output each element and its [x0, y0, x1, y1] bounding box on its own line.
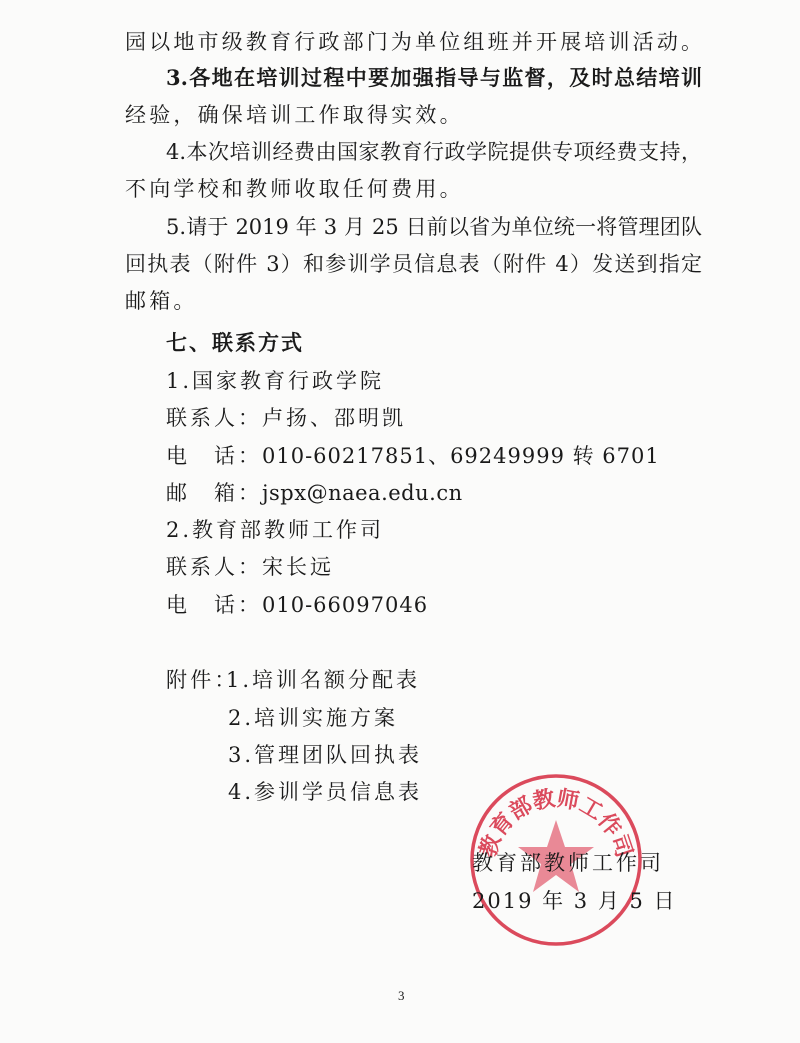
item-3-line-1: 3.各地在培训过程中要加强指导与监督，及时总结培训 — [166, 64, 702, 92]
contact-phone-label: 电 话： — [166, 593, 262, 617]
item-3-text: 3.各地在培训过程中要加强指导与监督，及时总结培训 — [166, 65, 702, 90]
attachment-item-3: 3.管理团队回执表 — [228, 741, 422, 769]
item-5-line-3: 邮箱。 — [125, 287, 198, 315]
contact-email-1: 邮 箱：jspx@naea.edu.cn — [166, 479, 463, 507]
item-4-line-1: 4.本次培训经费由国家教育行政学院提供专项经费支持， — [166, 138, 702, 166]
attachment-item-2: 2.培训实施方案 — [228, 704, 398, 732]
contact-person-1: 联系人：卢扬、邵明凯 — [166, 404, 406, 432]
contact-phone-value: 010-60217851、69249999 转 6701 — [262, 444, 660, 468]
contact-person-label: 联系人： — [166, 406, 262, 430]
contact-person-2: 联系人：宋长远 — [166, 553, 334, 581]
item-3-line-2: 经验，确保培训工作取得实效。 — [125, 101, 464, 129]
section-heading-contact: 七、联系方式 — [166, 329, 304, 357]
paragraph-continuation: 园以地市级教育行政部门为单位组班并开展培训活动。 — [125, 28, 702, 56]
contact-phone-1: 电 话：010-60217851、69249999 转 6701 — [166, 442, 660, 470]
contact-org-1: 1.国家教育行政学院 — [166, 367, 384, 395]
signature-org: 教育部教师工作司 — [472, 849, 664, 877]
contact-phone-value: 010-66097046 — [262, 593, 428, 617]
attachment-item-4: 4.参训学员信息表 — [228, 778, 422, 806]
contact-org-2: 2.教育部教师工作司 — [166, 516, 384, 544]
item-5-line-1: 5.请于 2019 年 3 月 25 日前以省为单位统一将管理团队 — [166, 213, 702, 241]
signature-date: 2019 年 3 月 5 日 — [472, 887, 677, 915]
contact-person-value: 卢扬、邵明凯 — [262, 406, 406, 430]
contact-phone-2: 电 话：010-66097046 — [166, 591, 428, 619]
attachment-item-1: 1.培训名额分配表 — [226, 666, 420, 694]
contact-email-label: 邮 箱： — [166, 481, 262, 505]
contact-person-value: 宋长远 — [262, 555, 334, 579]
page-number: 3 — [398, 988, 405, 1004]
contact-person-label: 联系人： — [166, 555, 262, 579]
contact-phone-label: 电 话： — [166, 444, 262, 468]
contact-email-value[interactable]: jspx@naea.edu.cn — [262, 481, 463, 505]
item-4-line-2: 不向学校和教师收取任何费用。 — [125, 175, 464, 203]
item-5-line-2: 回执表（附件 3）和参训学员信息表（附件 4）发送到指定 — [125, 250, 702, 278]
